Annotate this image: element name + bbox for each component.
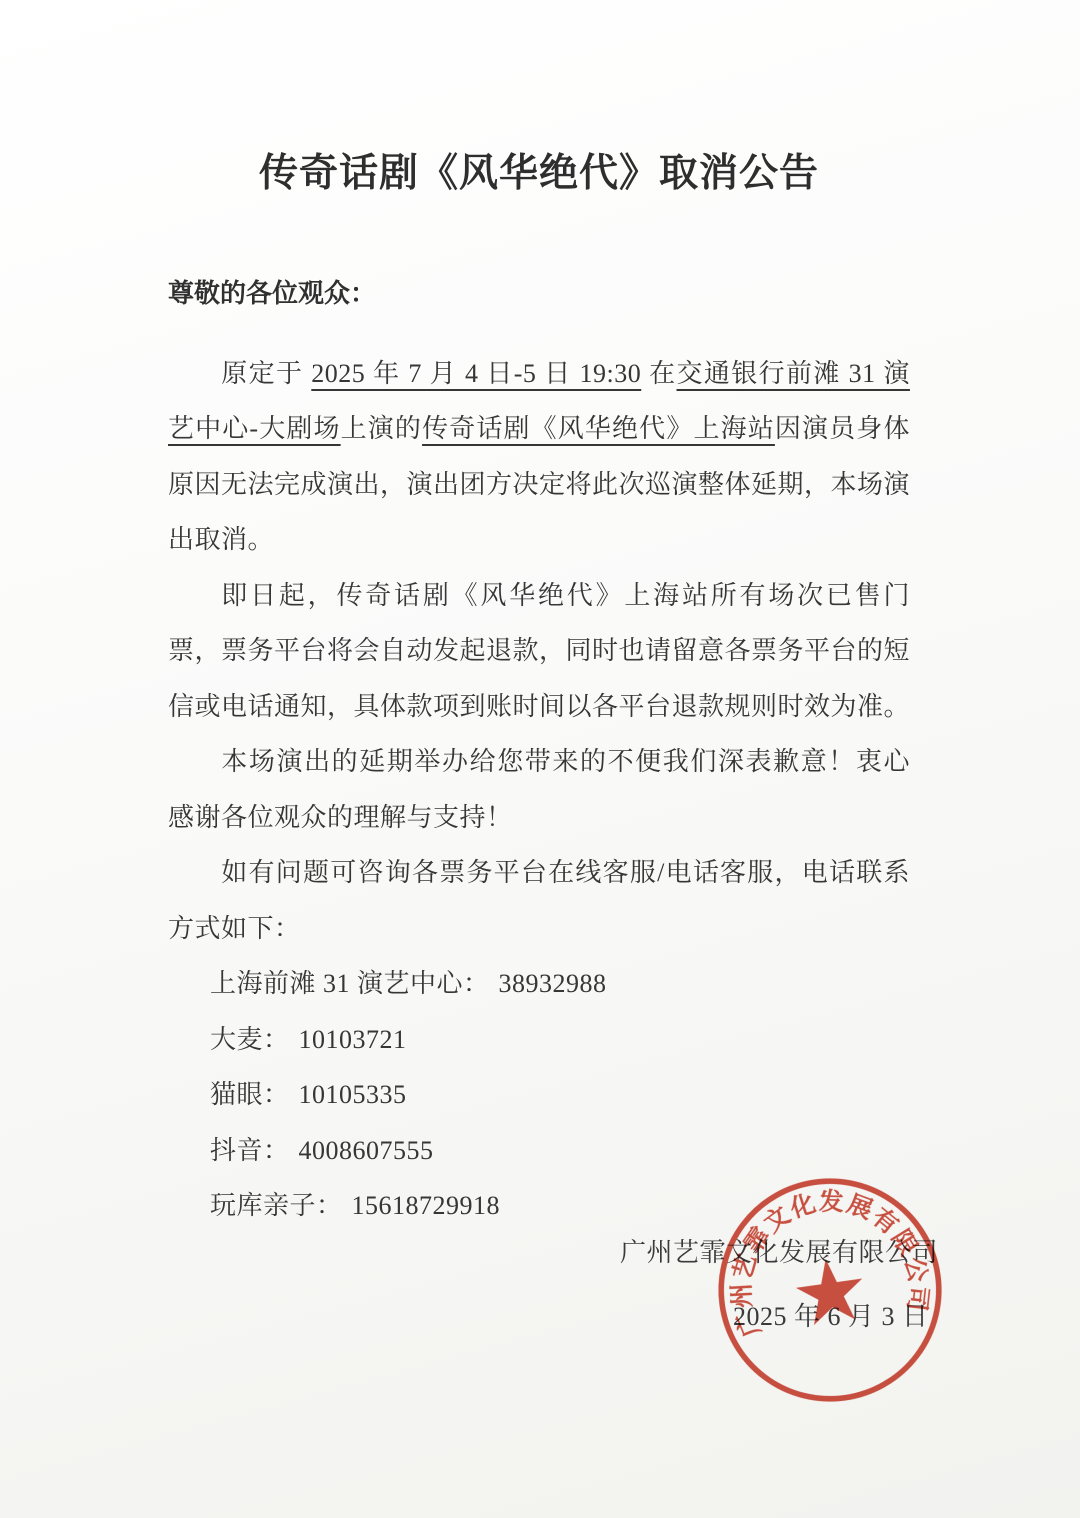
contact-label: 猫眼 (210, 1080, 263, 1109)
para1-mid1: 在 (641, 359, 676, 388)
contact-label: 抖音 (210, 1136, 263, 1165)
document-title: 传奇话剧《风华绝代》取消公告 (168, 150, 910, 198)
company-seal-graphic: 广州艺霏文化发展有限公司 4401130451789 (694, 1154, 965, 1425)
contact-phone: 10103721 (299, 1025, 407, 1054)
contact-phone: 15618729918 (352, 1191, 501, 1220)
company-seal: 广州艺霏文化发展有限公司 4401130451789 (694, 1154, 965, 1425)
star-icon (793, 1254, 868, 1326)
contact-separator: ： (263, 1136, 290, 1165)
contact-item-maoyan: 猫眼：10105335 (210, 1067, 910, 1123)
contact-separator: ： (263, 1080, 290, 1109)
contact-phone: 10105335 (299, 1080, 407, 1109)
paragraph-apology: 本场演出的延期举办给您带来的不便我们深表歉意！衷心感谢各位观众的理解与支持！ (168, 734, 910, 845)
paragraph-contact-intro: 如有问题可咨询各票务平台在线客服/电话客服，电话联系方式如下： (168, 845, 910, 956)
paragraph-refund-info: 即日起，传奇话剧《风华绝代》上海站所有场次已售门票，票务平台将会自动发起退款，同… (168, 568, 910, 735)
contact-phone: 38932988 (499, 969, 607, 998)
contact-separator: ： (263, 1025, 290, 1054)
seal-company-arc-text: 广州艺霏文化发展有限公司 (714, 1173, 936, 1342)
announcement-document: 传奇话剧《风华绝代》取消公告 尊敬的各位观众： 原定于 2025 年 7 月 4… (0, 0, 1080, 1518)
para1-lead: 原定于 (221, 359, 311, 388)
greeting-line: 尊敬的各位观众： (168, 266, 910, 322)
para1-show-underlined: 传奇话剧《风华绝代》上海站 (422, 414, 775, 443)
contact-separator: ： (316, 1191, 343, 1220)
contact-item-douyin: 抖音：4008607555 (210, 1123, 910, 1179)
contact-label: 玩库亲子 (210, 1191, 316, 1220)
contact-item-damai: 大麦：10103721 (210, 1012, 910, 1068)
contact-label: 上海前滩 31 演艺中心 (210, 969, 463, 998)
seal-serial-number: 4401130451789 (790, 1419, 913, 1426)
para1-mid2: 上演的 (341, 414, 422, 443)
para1-datetime-underlined: 2025 年 7 月 4 日-5 日 19:30 (311, 359, 641, 388)
contact-phone: 4008607555 (299, 1136, 434, 1165)
contact-label: 大麦 (210, 1025, 263, 1054)
contact-separator: ： (463, 969, 490, 998)
contact-item-venue: 上海前滩 31 演艺中心：38932988 (210, 956, 910, 1012)
document-body: 传奇话剧《风华绝代》取消公告 尊敬的各位观众： 原定于 2025 年 7 月 4… (168, 0, 910, 1234)
paragraph-cancellation-notice: 原定于 2025 年 7 月 4 日-5 日 19:30 在交通银行前滩 31 … (168, 346, 910, 568)
